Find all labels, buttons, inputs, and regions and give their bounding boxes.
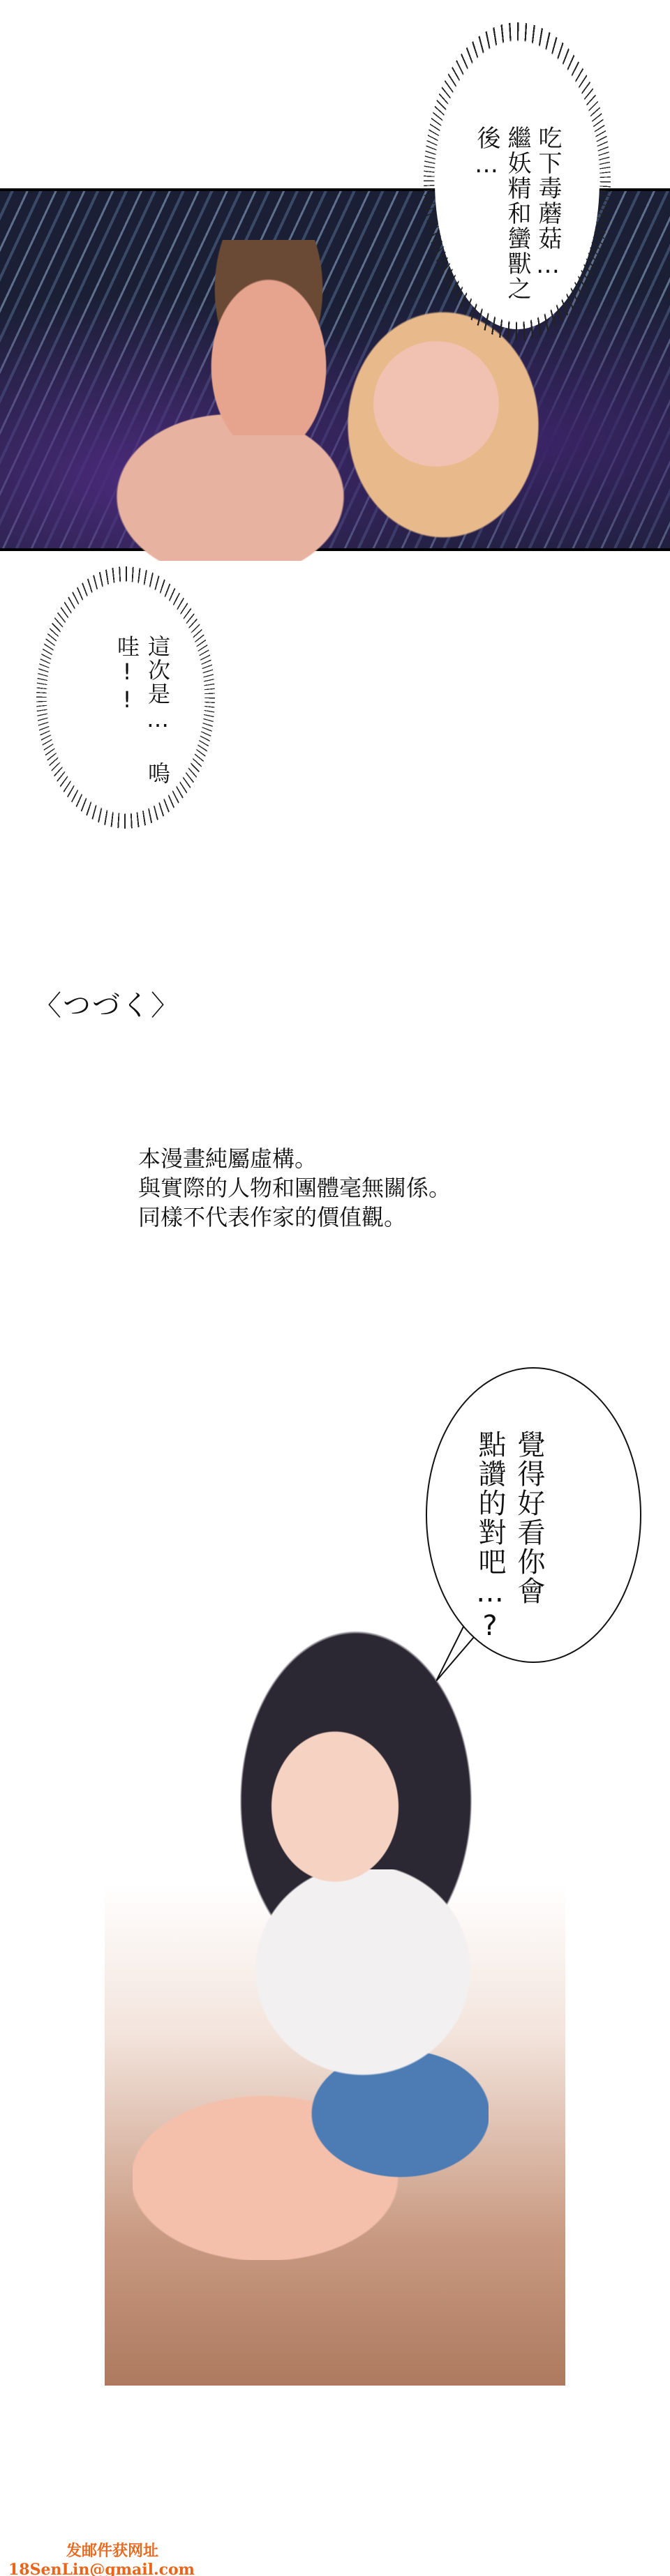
speech-text: 覺得好看你會 點讚的對吧…? (470, 1430, 549, 1643)
bubble-top-text: 吃下毒蘑菇… 繼妖精和蠻獸之後… (471, 126, 563, 328)
burst-bubble-top: 吃下毒蘑菇… 繼妖精和蠻獸之後… (436, 35, 598, 328)
bubble-top-line-1: 吃下毒蘑菇… (534, 126, 562, 280)
girl-shirt-figure (237, 1869, 489, 2093)
woman-face-figure (363, 331, 509, 477)
bubble-bottom-text: 這次是… 嗚哇!! (112, 635, 173, 816)
bubble-top-line-2: 繼妖精和蠻獸之後… (472, 126, 531, 301)
speech-line-2: 點讚的對吧…? (474, 1430, 506, 1643)
watermark-line-1: 发邮件获网址 (8, 2539, 158, 2561)
man-head-figure (185, 240, 352, 435)
disclaimer-line-3: 同樣不代表作家的價值觀。 (138, 1203, 451, 1232)
watermark: 发邮件获网址 18SenLin@gmail.com (8, 2539, 195, 2576)
disclaimer-text: 本漫畫純屬虛構。 與實際的人物和團體毫無關係。 同樣不代表作家的價值觀。 (138, 1144, 451, 1232)
speech-bubble-like: 覺得好看你會 點讚的對吧…? (426, 1367, 641, 1663)
watermark-email: 18SenLin@gmail.com (8, 2561, 195, 2576)
girl-face-figure (258, 1716, 412, 1897)
continued-label: 〈つづく〉 (33, 984, 180, 1023)
bubble-bottom-line-1: 這次是… (144, 635, 171, 734)
disclaimer-line-1: 本漫畫純屬虛構。 (138, 1144, 451, 1173)
burst-bubble-bottom: 這次是… 嗚哇!! (49, 579, 202, 816)
speech-line-1: 覺得好看你會 (513, 1430, 545, 1606)
disclaimer-line-2: 與實際的人物和團體毫無關係。 (138, 1173, 451, 1203)
